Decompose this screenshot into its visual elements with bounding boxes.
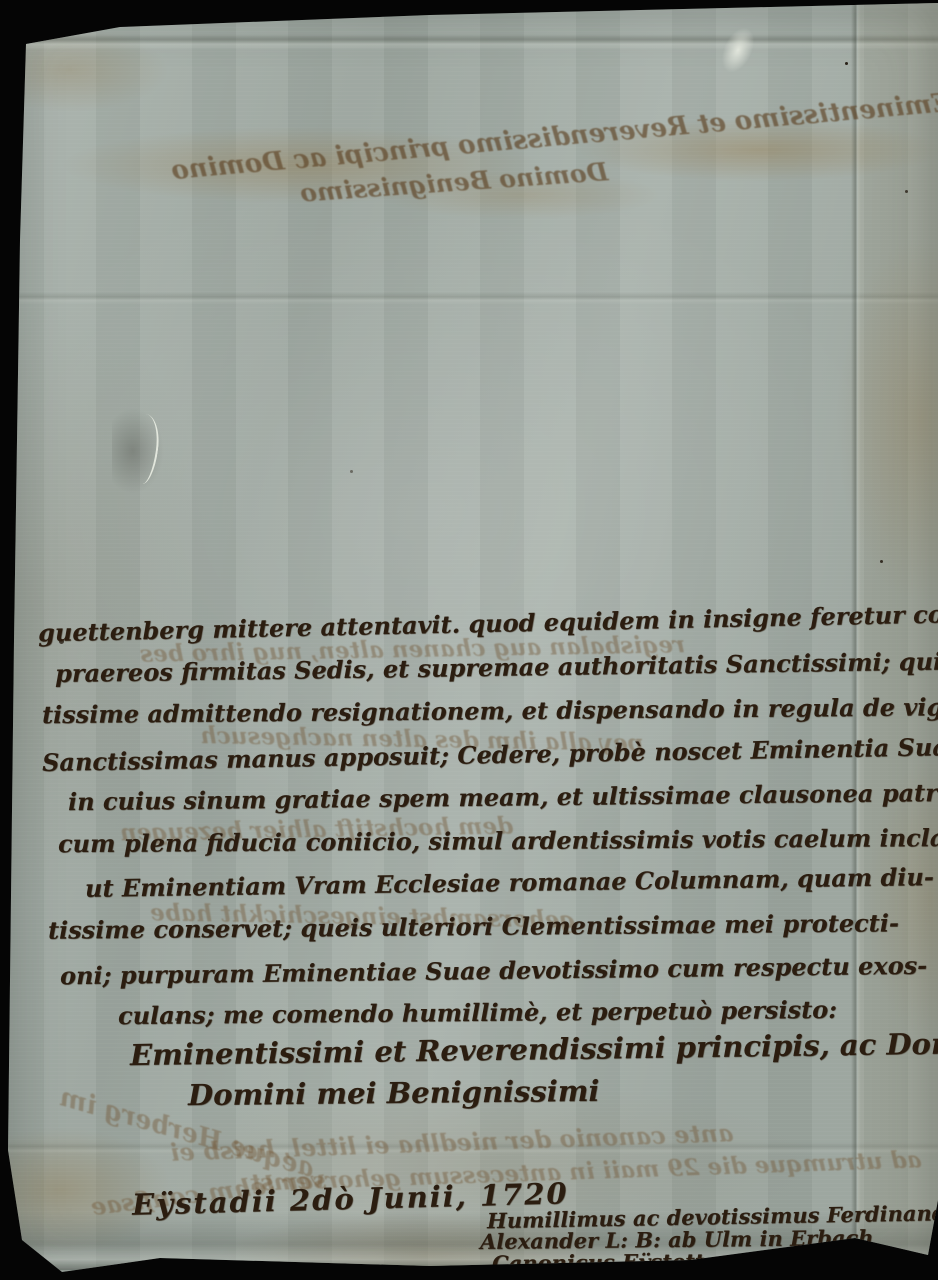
scanned-letter-page: Eminentissimo et Reverendissimo principi… (0, 0, 938, 1280)
fold-crease-vertical (851, 0, 861, 1280)
body-line: in cuius sinum gratiae spem meam, et ult… (68, 777, 938, 816)
body-line: oni; purpuram Eminentiae Suae devotissim… (60, 951, 927, 991)
body-line: tissime conservet; queis ulteriori Cleme… (48, 908, 899, 944)
letter-paper-sheet: Eminentissimo et Reverendissimo principi… (0, 0, 938, 1280)
signature-line: Canonicus Eÿstettensis mpria (492, 1247, 842, 1276)
paper-scratch-flaw (112, 408, 164, 494)
body-line: culans; me comendo humillimè, et perpetu… (118, 995, 837, 1030)
valediction-line: Eminentissimi et Reverendissimi principi… (130, 1026, 938, 1072)
paper-light-flaw (715, 22, 761, 77)
fold-crease-top (0, 34, 938, 50)
right-leaf-shading (858, 0, 938, 1280)
fold-crease-middle (0, 292, 938, 304)
ink-specks (845, 62, 848, 65)
body-line: ut Eminentiam Vram Ecclesiae romanae Col… (85, 862, 934, 903)
valediction-line: Domini mei Benignissimi (188, 1074, 600, 1112)
body-line: cum plena fiducia coniicio, simul ardent… (58, 823, 938, 859)
body-line: tissime admittendo resignationem, et dis… (42, 692, 938, 729)
